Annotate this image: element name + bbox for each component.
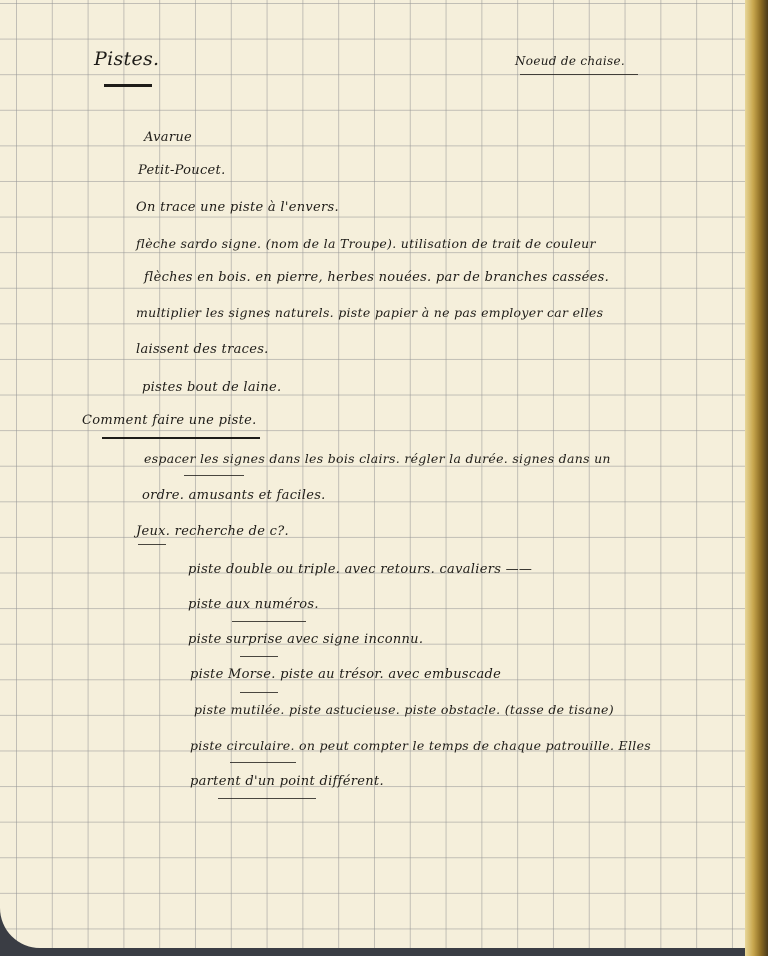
word-underline	[218, 798, 316, 799]
game-line: partent d'un point différent.	[190, 774, 384, 789]
header-underline	[520, 74, 638, 75]
page-title: Pistes.	[94, 48, 159, 70]
game-line: piste aux numéros.	[188, 597, 319, 612]
text-line: Petit-Poucet.	[138, 163, 226, 178]
game-line: piste surprise avec signe inconnu.	[188, 632, 423, 647]
word-underline	[230, 762, 296, 763]
notebook-page: Pistes. Noeud de chaise. Avarue Petit-Po…	[0, 0, 745, 948]
text-line: multiplier les signes naturels. piste pa…	[136, 305, 603, 320]
section-heading: Comment faire une piste.	[82, 413, 257, 428]
game-line: piste circulaire. on peut compter le tem…	[190, 738, 651, 753]
text-line: Jeux. recherche de c?.	[136, 524, 289, 539]
title-underline	[104, 84, 152, 87]
text-line: On trace une piste à l'envers.	[136, 200, 339, 215]
text-line: laissent des traces.	[136, 342, 269, 357]
word-underline	[184, 475, 244, 476]
section-underline	[102, 437, 260, 439]
game-line: piste mutilée. piste astucieuse. piste o…	[194, 702, 614, 717]
word-underline	[240, 692, 278, 693]
text-line: flèches en bois. en pierre, herbes nouée…	[144, 270, 609, 285]
word-underline	[240, 656, 278, 657]
game-line: piste double ou triple. avec retours. ca…	[188, 562, 532, 577]
notebook-binding	[745, 0, 768, 956]
word-underline	[232, 621, 306, 622]
text-line: Avarue	[144, 130, 192, 145]
text-line: pistes bout de laine.	[142, 380, 281, 395]
word-underline	[138, 544, 166, 545]
game-line: piste Morse. piste au trésor. avec embus…	[190, 667, 501, 682]
text-line: ordre. amusants et faciles.	[142, 488, 326, 503]
header-right: Noeud de chaise.	[515, 54, 625, 68]
text-line: flèche sardo signe. (nom de la Troupe). …	[136, 236, 596, 251]
text-line: espacer les signes dans les bois clairs.…	[144, 451, 611, 466]
